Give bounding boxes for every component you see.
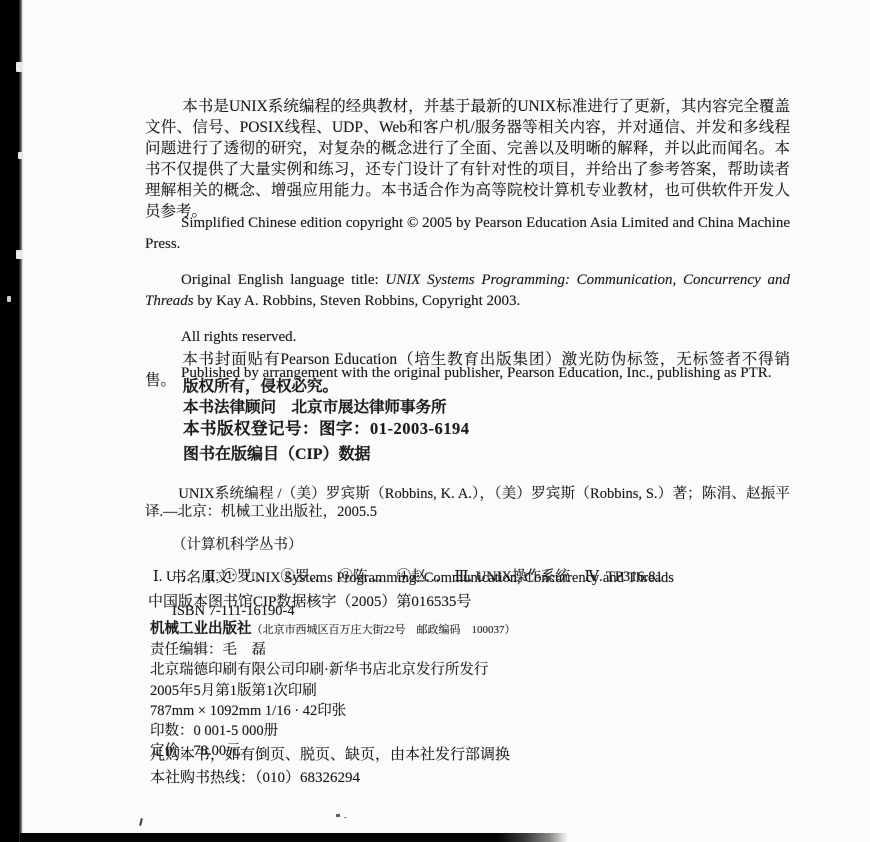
exchange-notice-line: 凡购本书，如有倒页、脱页、缺页，由本社发行部调换	[150, 744, 795, 767]
original-title-suffix: by Kay A. Robbins, Steven Robbins, Copyr…	[194, 293, 521, 309]
cip-series: （计算机科学丛书）	[145, 536, 790, 555]
original-title-prefix: Original English language title:	[181, 272, 385, 288]
scan-gutter-edge	[0, 0, 23, 842]
copyright-line-3: All rights reserved.	[145, 327, 790, 348]
rights-reserved-line: 版权所有，侵权必究。	[183, 376, 828, 397]
cip-classification-line: Ⅰ. U… Ⅱ. ①罗… ②罗… ③陈… ④赵… Ⅲ. UNIX操作系统 Ⅳ. …	[145, 565, 798, 586]
edition-line: 2005年5月第1版第1次印刷	[150, 681, 795, 701]
format-line: 787mm × 1092mm 1/16 · 42印张	[150, 701, 795, 721]
cip-heading: 图书在版编目（CIP）数据	[145, 441, 828, 464]
publisher-name: 机械工业出版社	[150, 621, 252, 637]
copyright-line-1: Simplified Chinese edition copyright © 2…	[145, 213, 790, 255]
responsible-editor-line: 责任编辑：毛 磊	[150, 640, 795, 660]
scanned-copyright-page: 本书是UNIX系统编程的经典教材，并基于最新的UNIX标准进行了更新，其内容完全…	[0, 0, 870, 842]
service-block: 凡购本书，如有倒页、脱页、缺页，由本社发行部调换 本社购书热线：（010）683…	[145, 744, 795, 789]
scan-artifact	[18, 152, 23, 159]
scan-artifact	[7, 296, 11, 302]
copyright-line-2: Original English language title: UNIX Sy…	[145, 270, 790, 312]
page-content: 本书是UNIX系统编程的经典教材，并基于最新的UNIX标准进行了更新，其内容完全…	[145, 0, 790, 842]
hotline-line: 本社购书热线：（010）68326294	[150, 767, 795, 790]
publisher-address: （北京市西城区百万庄大街22号 邮政编码 100037）	[252, 624, 516, 636]
colophon-block: 机械工业出版社（北京市西城区百万庄大街22号 邮政编码 100037） 责任编辑…	[145, 619, 795, 761]
publisher-line: 机械工业出版社（北京市西城区百万庄大街22号 邮政编码 100037）	[150, 619, 795, 640]
cip-entry: UNIX系统编程 /（美）罗宾斯（Robbins, K. A.），（美）罗宾斯（…	[145, 485, 790, 522]
scan-artifact	[16, 250, 23, 259]
copyright-registration-number: 本书版权登记号：图字：01-2003-6194	[145, 415, 828, 439]
printer-distributor-line: 北京瑞德印刷有限公司印刷·新华书店北京发行所发行	[150, 660, 795, 680]
print-run-line: 印数：0 001-5 000册	[150, 721, 795, 741]
rights-notice-block: 版权所有，侵权必究。 本书法律顾问 北京市展达律师事务所	[145, 376, 828, 418]
scan-artifact	[16, 62, 23, 72]
cip-record-number: 中国版本图书馆CIP数据核字（2005）第016535号	[145, 590, 793, 611]
pen-mark	[139, 818, 143, 826]
